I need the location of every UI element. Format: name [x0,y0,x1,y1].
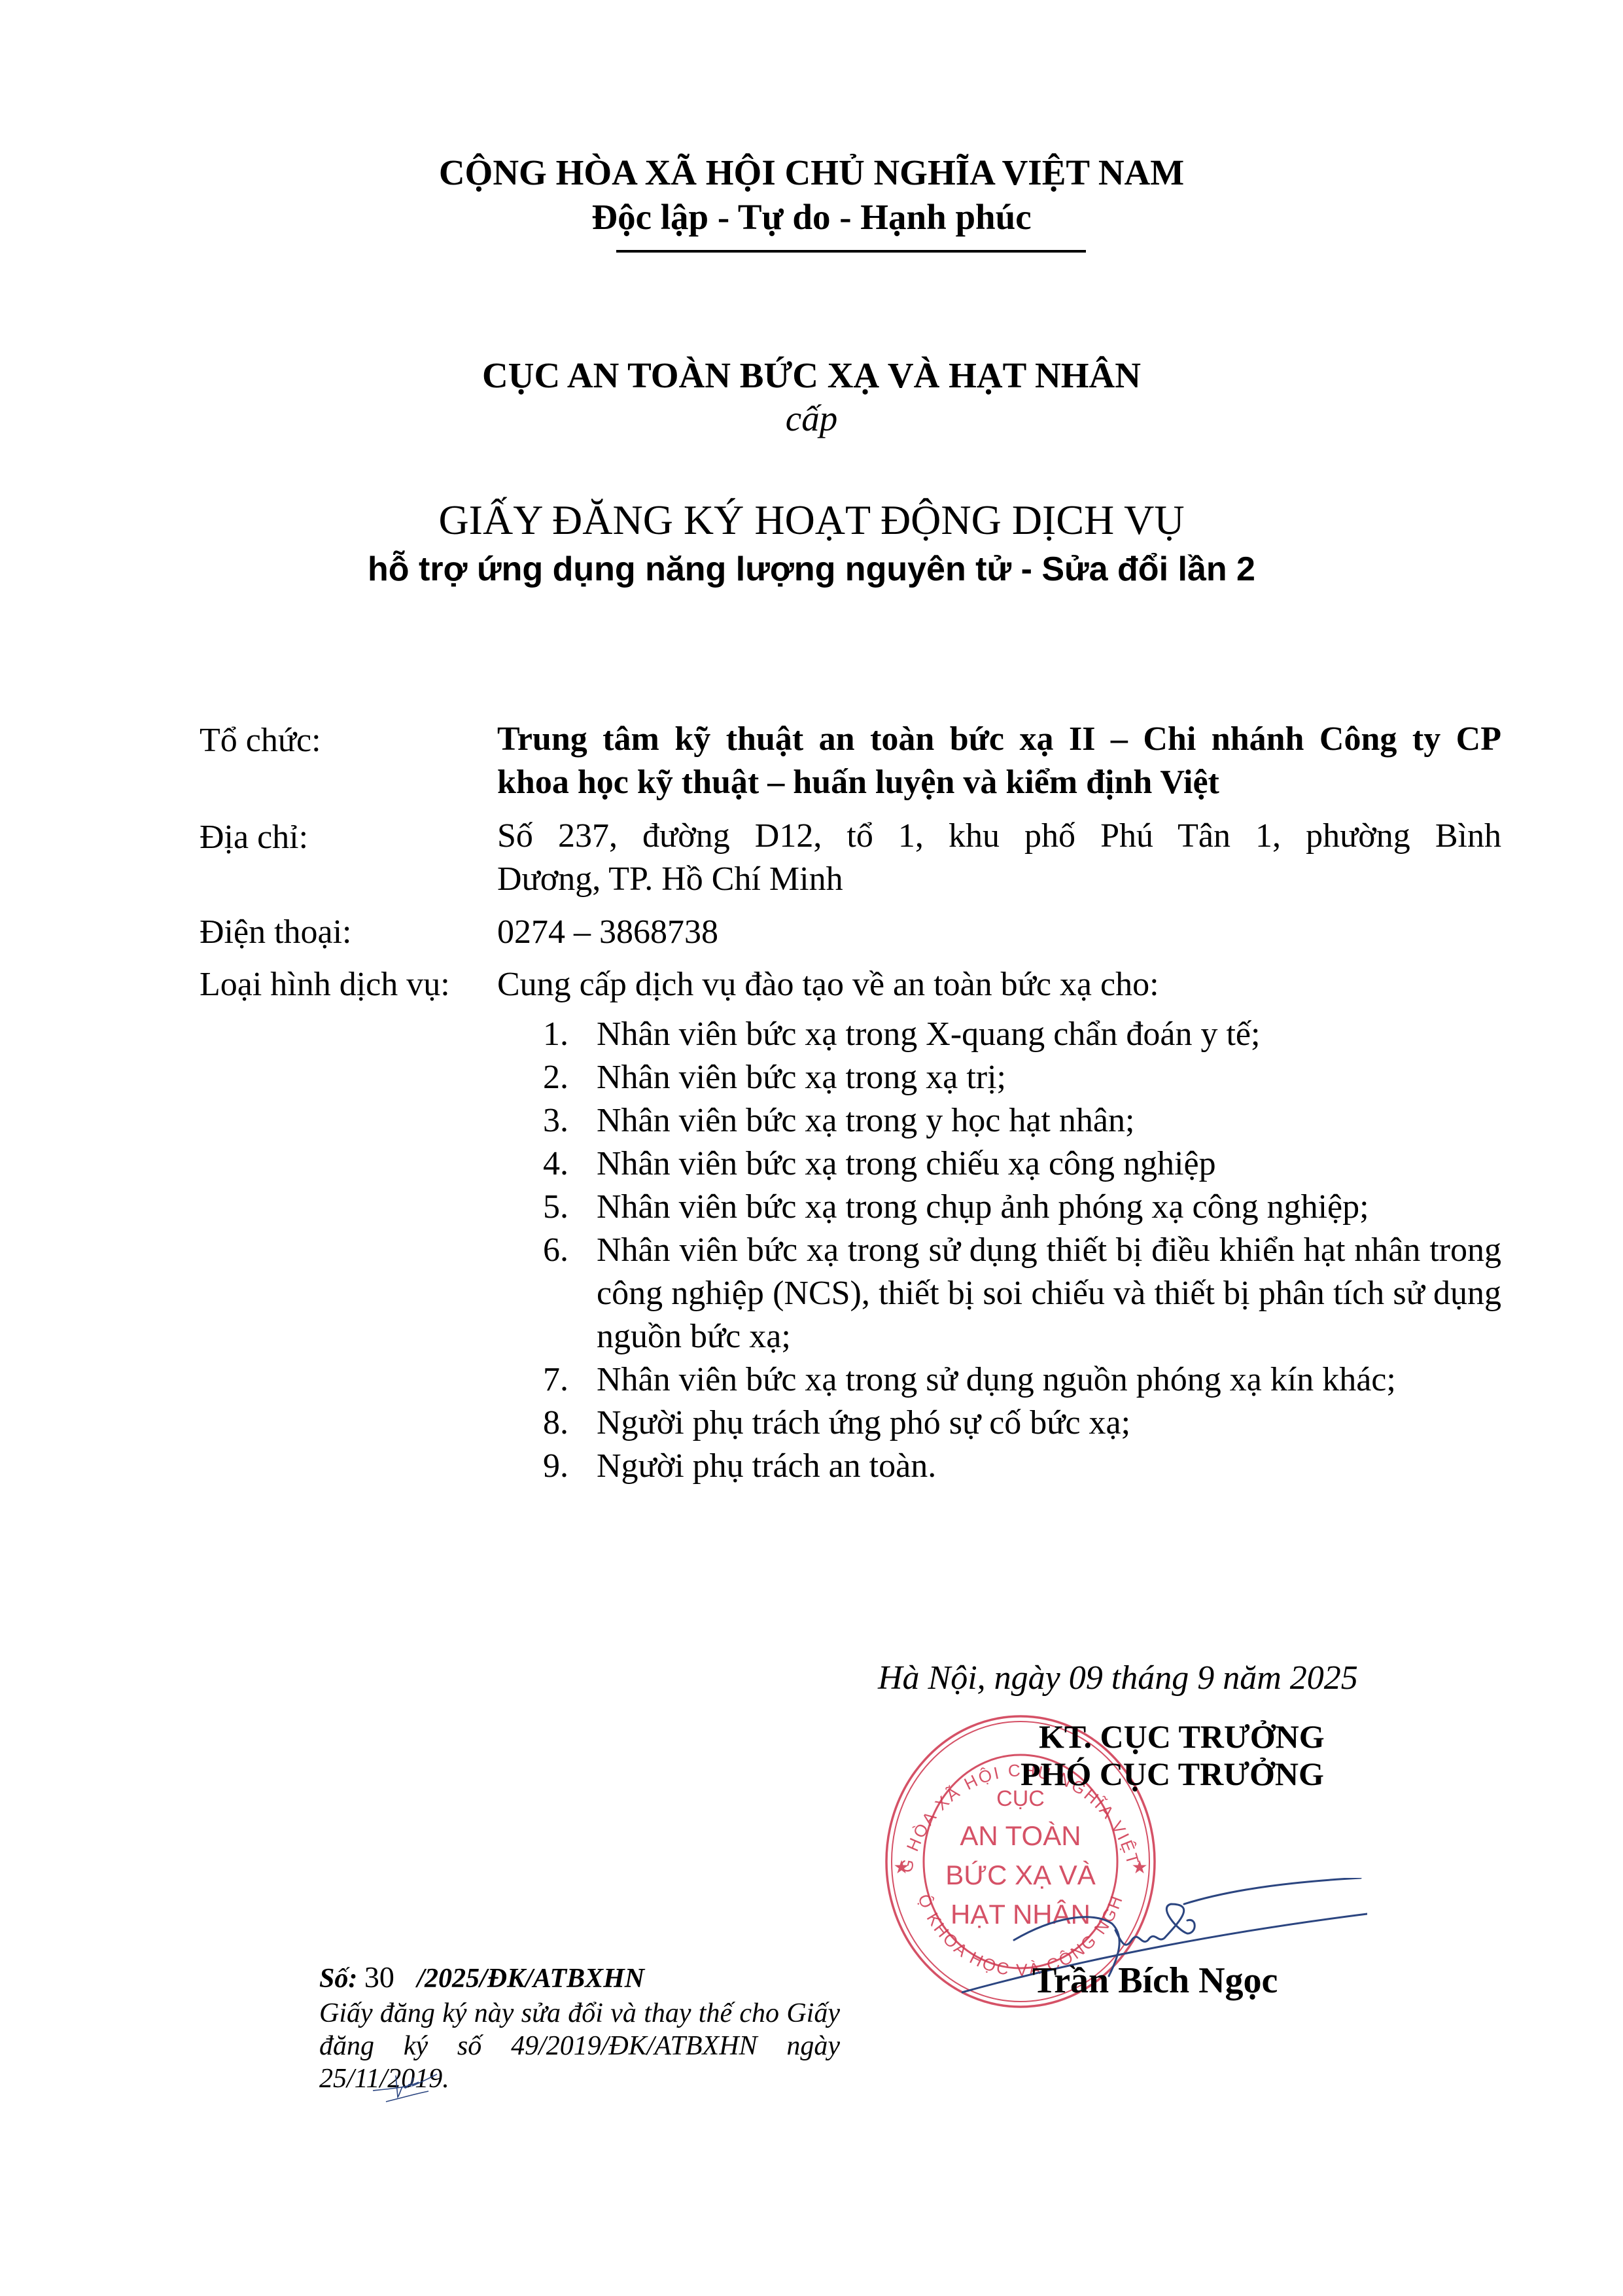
service-item-text: Người phụ trách an toàn. [597,1447,936,1485]
stamp-star-left-icon: ★ [893,1857,909,1877]
service-item-number: 7. [543,1358,568,1402]
service-item-text: Nhân viên bức xạ trong sử dụng thiết bị … [597,1231,1501,1355]
document-title: GIẤY ĐĂNG KÝ HOẠT ĐỘNG DỊCH VỤ [0,496,1623,544]
on-behalf-title: KT. CỤC TRƯỞNG [1039,1718,1325,1756]
service-item-text: Nhân viên bức xạ trong chụp ảnh phóng xạ… [597,1188,1369,1226]
service-item-number: 8. [543,1402,568,1445]
service-item-text: Nhân viên bức xạ trong X-quang chẩn đoán… [597,1016,1260,1053]
service-item-number: 2. [543,1056,568,1099]
registration-number: Số: 30 /2025/ĐK/ATBXHN [319,1960,644,1994]
service-list: 1.Nhân viên bức xạ trong X-quang chẩn đo… [543,1013,1501,1488]
service-item: 7.Nhân viên bức xạ trong sử dụng nguồn p… [543,1358,1501,1402]
address-value: Số 237, đường D12, tổ 1, khu phố Phú Tân… [497,815,1501,901]
service-item-number: 6. [543,1229,568,1272]
address-label: Địa chỉ: [200,818,308,857]
registration-suffix: /2025/ĐK/ATBXHN [417,1964,644,1994]
organization-value: Trung tâm kỹ thuật an toàn bức xạ II – C… [497,718,1501,804]
issue-verb: cấp [0,398,1623,439]
issuing-agency: CỤC AN TOÀN BỨC XẠ VÀ HẠT NHÂN [0,355,1623,396]
service-item-number: 9. [543,1445,568,1488]
service-type-label: Loại hình dịch vụ: [200,965,450,1004]
service-item-number: 4. [543,1142,568,1186]
motto-underline [616,250,1086,253]
service-item-text: Người phụ trách ứng phó sự cố bức xạ; [597,1404,1130,1441]
national-motto: Độc lập - Tự do - Hạnh phúc [0,196,1623,238]
service-item-number: 3. [543,1099,568,1142]
service-item: 2.Nhân viên bức xạ trong xạ trị; [543,1056,1501,1099]
address-line-2: Dương, TP. Hồ Chí Minh [497,858,1501,901]
document-subtitle: hỗ trợ ứng dụng năng lượng nguyên tử - S… [0,550,1623,589]
service-item: 5.Nhân viên bức xạ trong chụp ảnh phóng … [543,1186,1501,1229]
service-item-number: 1. [543,1013,568,1056]
national-title: CỘNG HÒA XÃ HỘI CHỦ NGHĨA VIỆT NAM [0,152,1623,193]
signer-name: Trần Bích Ngọc [1032,1960,1278,2002]
service-item-text: Nhân viên bức xạ trong xạ trị; [597,1059,1006,1096]
service-item: 4.Nhân viên bức xạ trong chiếu xạ công n… [543,1142,1501,1186]
stamp-star-right-icon: ★ [1131,1857,1147,1877]
address-line-1: Số 237, đường D12, tổ 1, khu phố Phú Tân… [497,815,1501,858]
phone-label: Điện thoại: [200,913,352,951]
organization-label: Tổ chức: [200,721,321,760]
phone-value: 0274 – 3868738 [497,913,718,951]
initial-signature [373,2068,438,2107]
service-item-text: Nhân viên bức xạ trong chiếu xạ công ngh… [597,1145,1216,1182]
service-item: 8.Người phụ trách ứng phó sự cố bức xạ; [543,1402,1501,1445]
organization-line-2: khoa học kỹ thuật – huấn luyện và kiểm đ… [497,761,1501,804]
service-item: 3.Nhân viên bức xạ trong y học hạt nhân; [543,1099,1501,1142]
service-item: 1.Nhân viên bức xạ trong X-quang chẩn đo… [543,1013,1501,1056]
position-title: PHÓ CỤC TRƯỞNG [1021,1755,1324,1793]
place-and-date: Hà Nội, ngày 09 tháng 9 năm 2025 [878,1659,1358,1697]
registration-prefix: Số: [319,1964,357,1994]
service-item: 9.Người phụ trách an toàn. [543,1445,1501,1488]
organization-line-1: Trung tâm kỹ thuật an toàn bức xạ II – C… [497,718,1501,761]
service-item-number: 5. [543,1186,568,1229]
service-item: 6.Nhân viên bức xạ trong sử dụng thiết b… [543,1229,1501,1358]
service-item-text: Nhân viên bức xạ trong y học hạt nhân; [597,1102,1134,1139]
service-item-text: Nhân viên bức xạ trong sử dụng nguồn phó… [597,1361,1396,1398]
stamp-line-1: AN TOÀN [960,1820,1081,1851]
service-type-value: Cung cấp dịch vụ đào tạo về an toàn bức … [497,965,1159,1004]
registration-number-value: 30 [364,1960,394,1994]
